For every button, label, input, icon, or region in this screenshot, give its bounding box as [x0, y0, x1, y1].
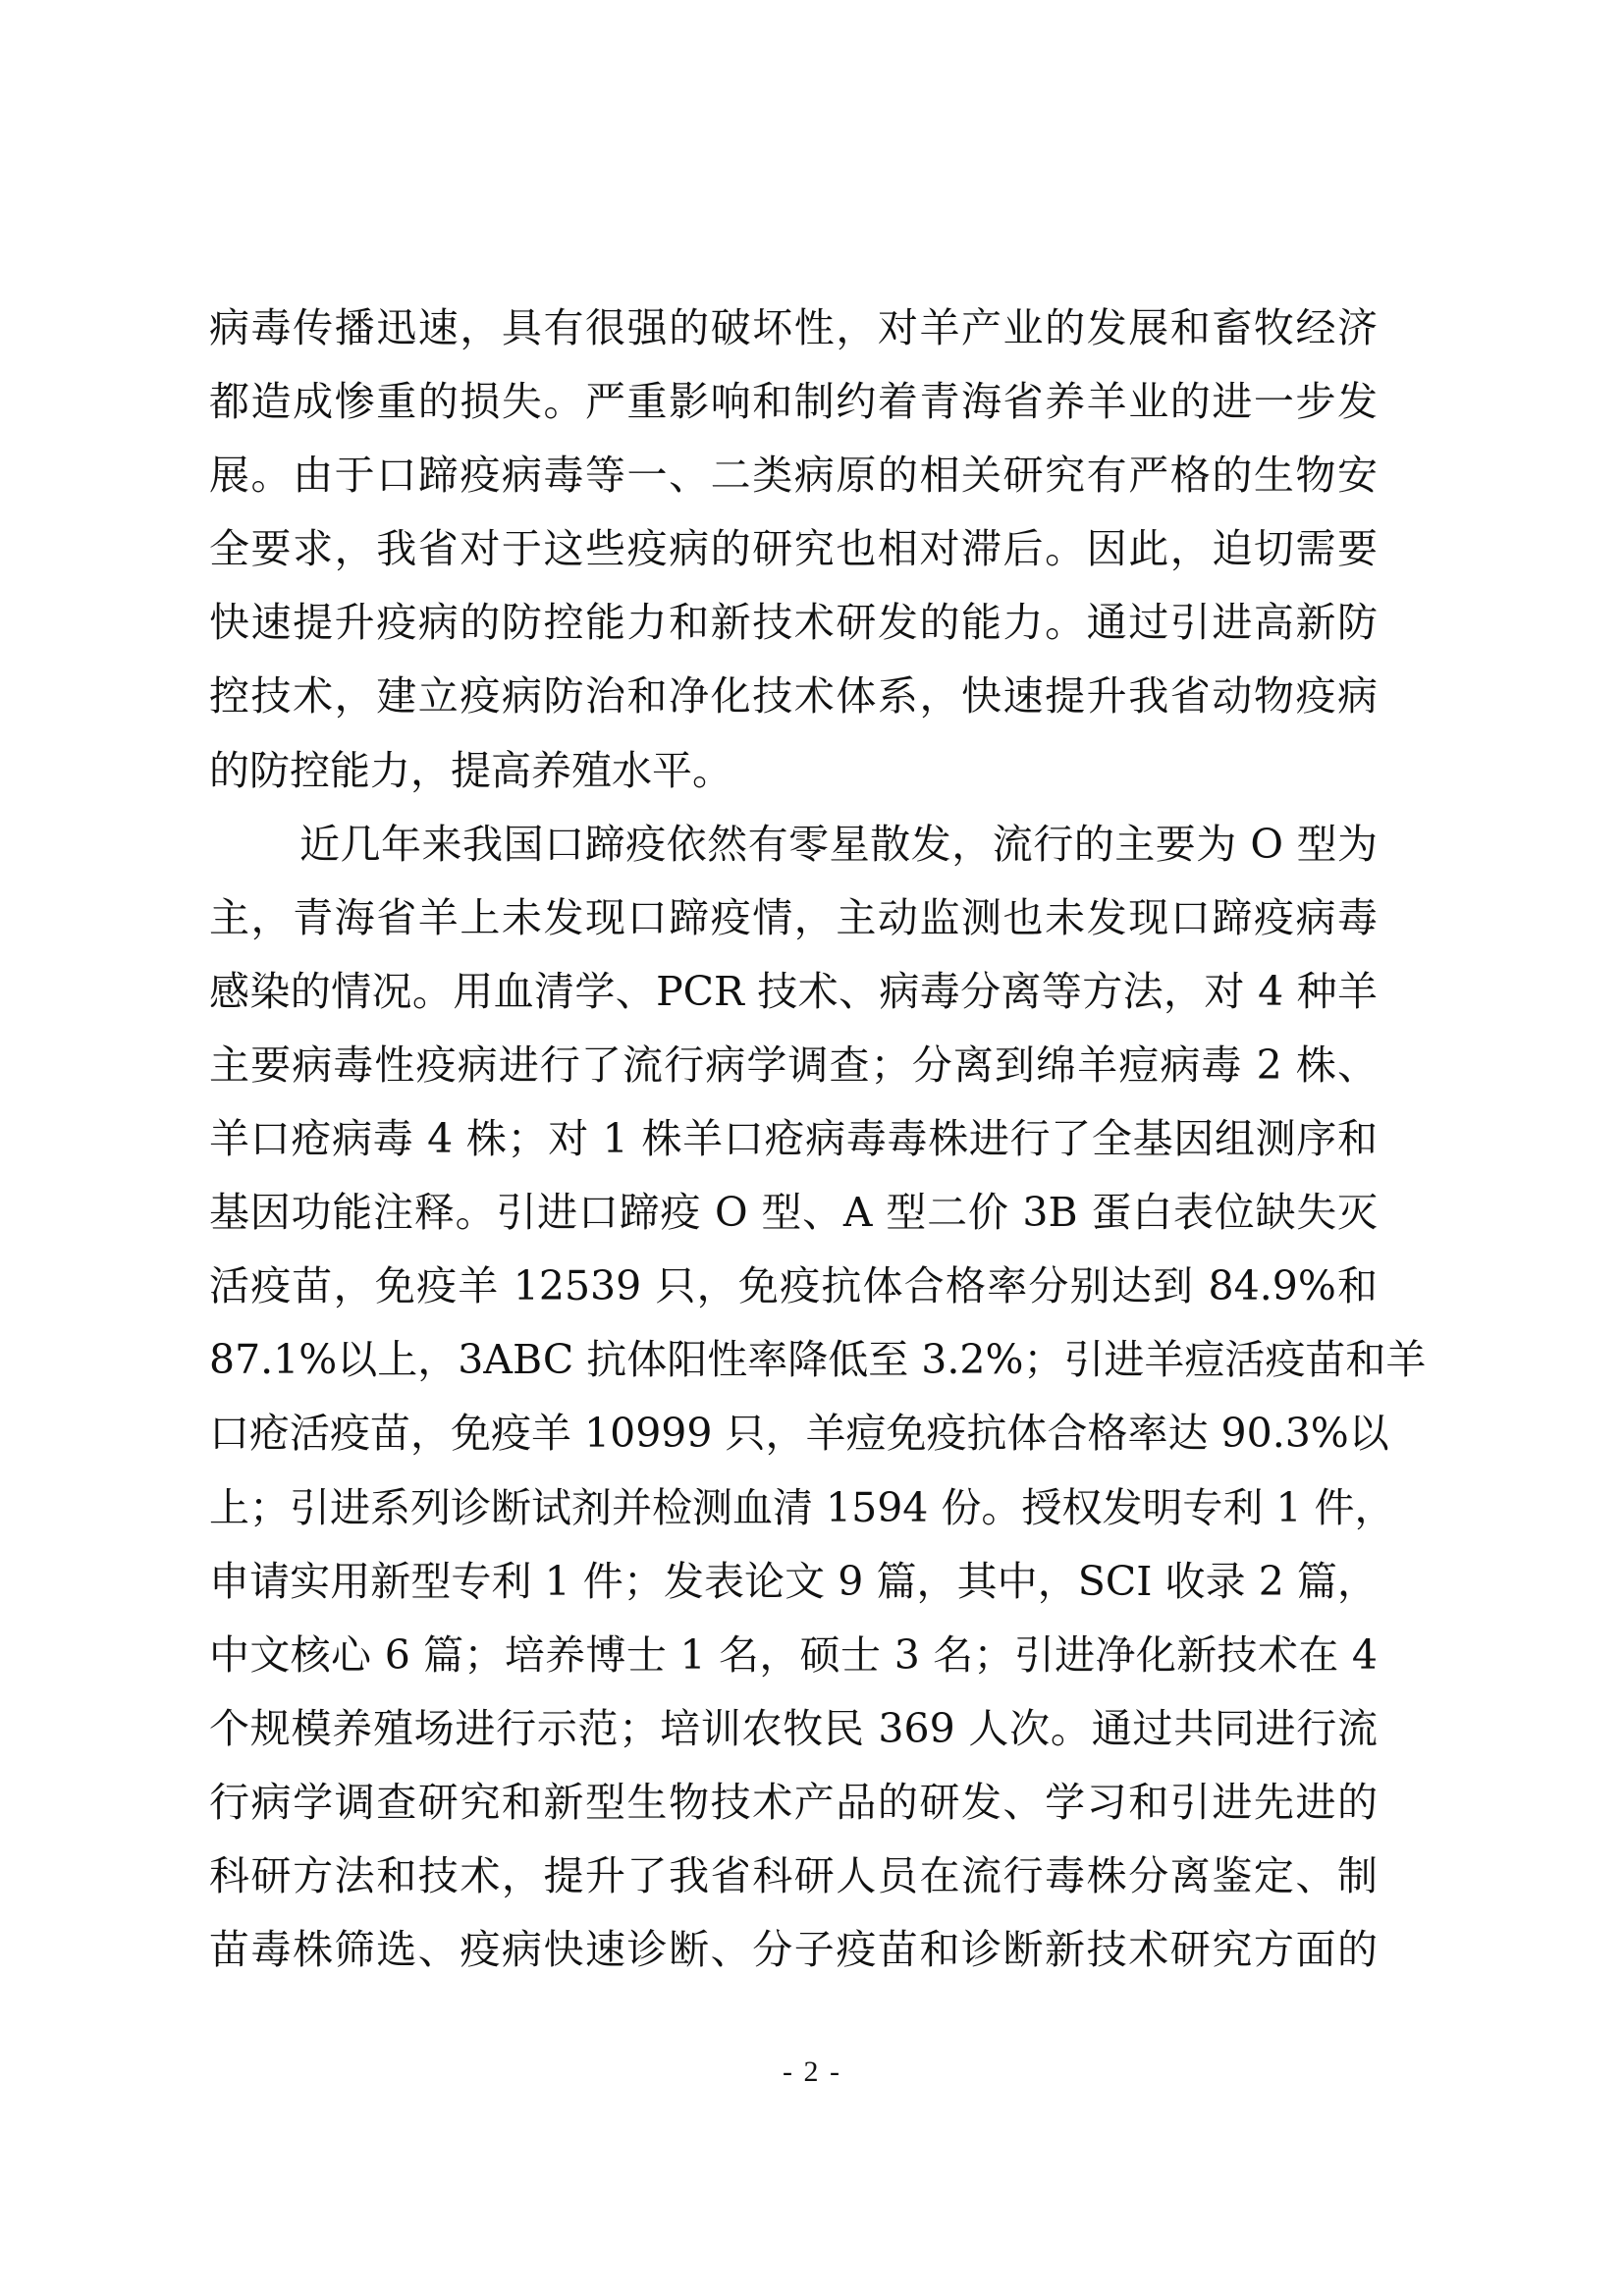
text-line: 中文核心 6 篇；培养博士 1 名，硕士 3 名；引进净化新技术在 4	[209, 1624, 1378, 1697]
paragraph-1: 病毒传播迅速，具有很强的破坏性，对羊产业的发展和畜牧经济 都造成惨重的损失。严重…	[209, 296, 1378, 813]
text-line: 基因功能注释。引进口蹄疫 O 型、A 型二价 3B 蛋白表位缺失灭	[209, 1181, 1378, 1255]
text-line: 87.1%以上，3ABC 抗体阳性率降低至 3.2%；引进羊痘活疫苗和羊	[209, 1328, 1378, 1402]
text-line: 全要求，我省对于这些疫病的研究也相对滞后。因此，迫切需要	[209, 517, 1378, 591]
text-line: 都造成惨重的损失。严重影响和制约着青海省养羊业的进一步发	[209, 370, 1378, 444]
text-line: 行病学调查研究和新型生物技术产品的研发、学习和引进先进的	[209, 1771, 1378, 1844]
text-line: 展。由于口蹄疫病毒等一、二类病原的相关研究有严格的生物安	[209, 444, 1378, 517]
body-text: 病毒传播迅速，具有很强的破坏性，对羊产业的发展和畜牧经济 都造成惨重的损失。严重…	[209, 296, 1378, 1992]
document-page: 病毒传播迅速，具有很强的破坏性，对羊产业的发展和畜牧经济 都造成惨重的损失。严重…	[0, 0, 1624, 2296]
text-line: 快速提升疫病的防控能力和新技术研发的能力。通过引进高新防	[209, 591, 1378, 665]
text-line: 科研方法和技术，提升了我省科研人员在流行毒株分离鉴定、制	[209, 1844, 1378, 1918]
text-line: 主要病毒性疫病进行了流行病学调查；分离到绵羊痘病毒 2 株、	[209, 1034, 1378, 1107]
text-line: 活疫苗，免疫羊 12539 只，免疫抗体合格率分别达到 84.9%和	[209, 1255, 1378, 1328]
text-line: 主，青海省羊上未发现口蹄疫情，主动监测也未发现口蹄疫病毒	[209, 886, 1378, 960]
text-line: 控技术，建立疫病防治和净化技术体系，快速提升我省动物疫病	[209, 665, 1378, 738]
text-line: 上；引进系列诊断试剂并检测血清 1594 份。授权发明专利 1 件，	[209, 1476, 1378, 1550]
text-line: 个规模养殖场进行示范；培训农牧民 369 人次。通过共同进行流	[209, 1697, 1378, 1771]
text-line: 羊口疮病毒 4 株；对 1 株羊口疮病毒毒株进行了全基因组测序和	[209, 1107, 1378, 1181]
text-line: 申请实用新型专利 1 件；发表论文 9 篇，其中，SCI 收录 2 篇，	[209, 1550, 1378, 1624]
text-line: 苗毒株筛选、疫病快速诊断、分子疫苗和诊断新技术研究方面的	[209, 1918, 1378, 1992]
text-line: 口疮活疫苗，免疫羊 10999 只，羊痘免疫抗体合格率达 90.3%以	[209, 1402, 1378, 1475]
text-line: 病毒传播迅速，具有很强的破坏性，对羊产业的发展和畜牧经济	[209, 296, 1378, 370]
text-line: 感染的情况。用血清学、PCR 技术、病毒分离等方法，对 4 种羊	[209, 960, 1378, 1034]
text-line: 的防控能力，提高养殖水平。	[209, 739, 1378, 813]
page-number: - 2 -	[0, 2056, 1624, 2089]
text-line: 近几年来我国口蹄疫依然有零星散发，流行的主要为 O 型为	[209, 813, 1378, 886]
paragraph-2: 近几年来我国口蹄疫依然有零星散发，流行的主要为 O 型为 主，青海省羊上未发现口…	[209, 813, 1378, 1993]
